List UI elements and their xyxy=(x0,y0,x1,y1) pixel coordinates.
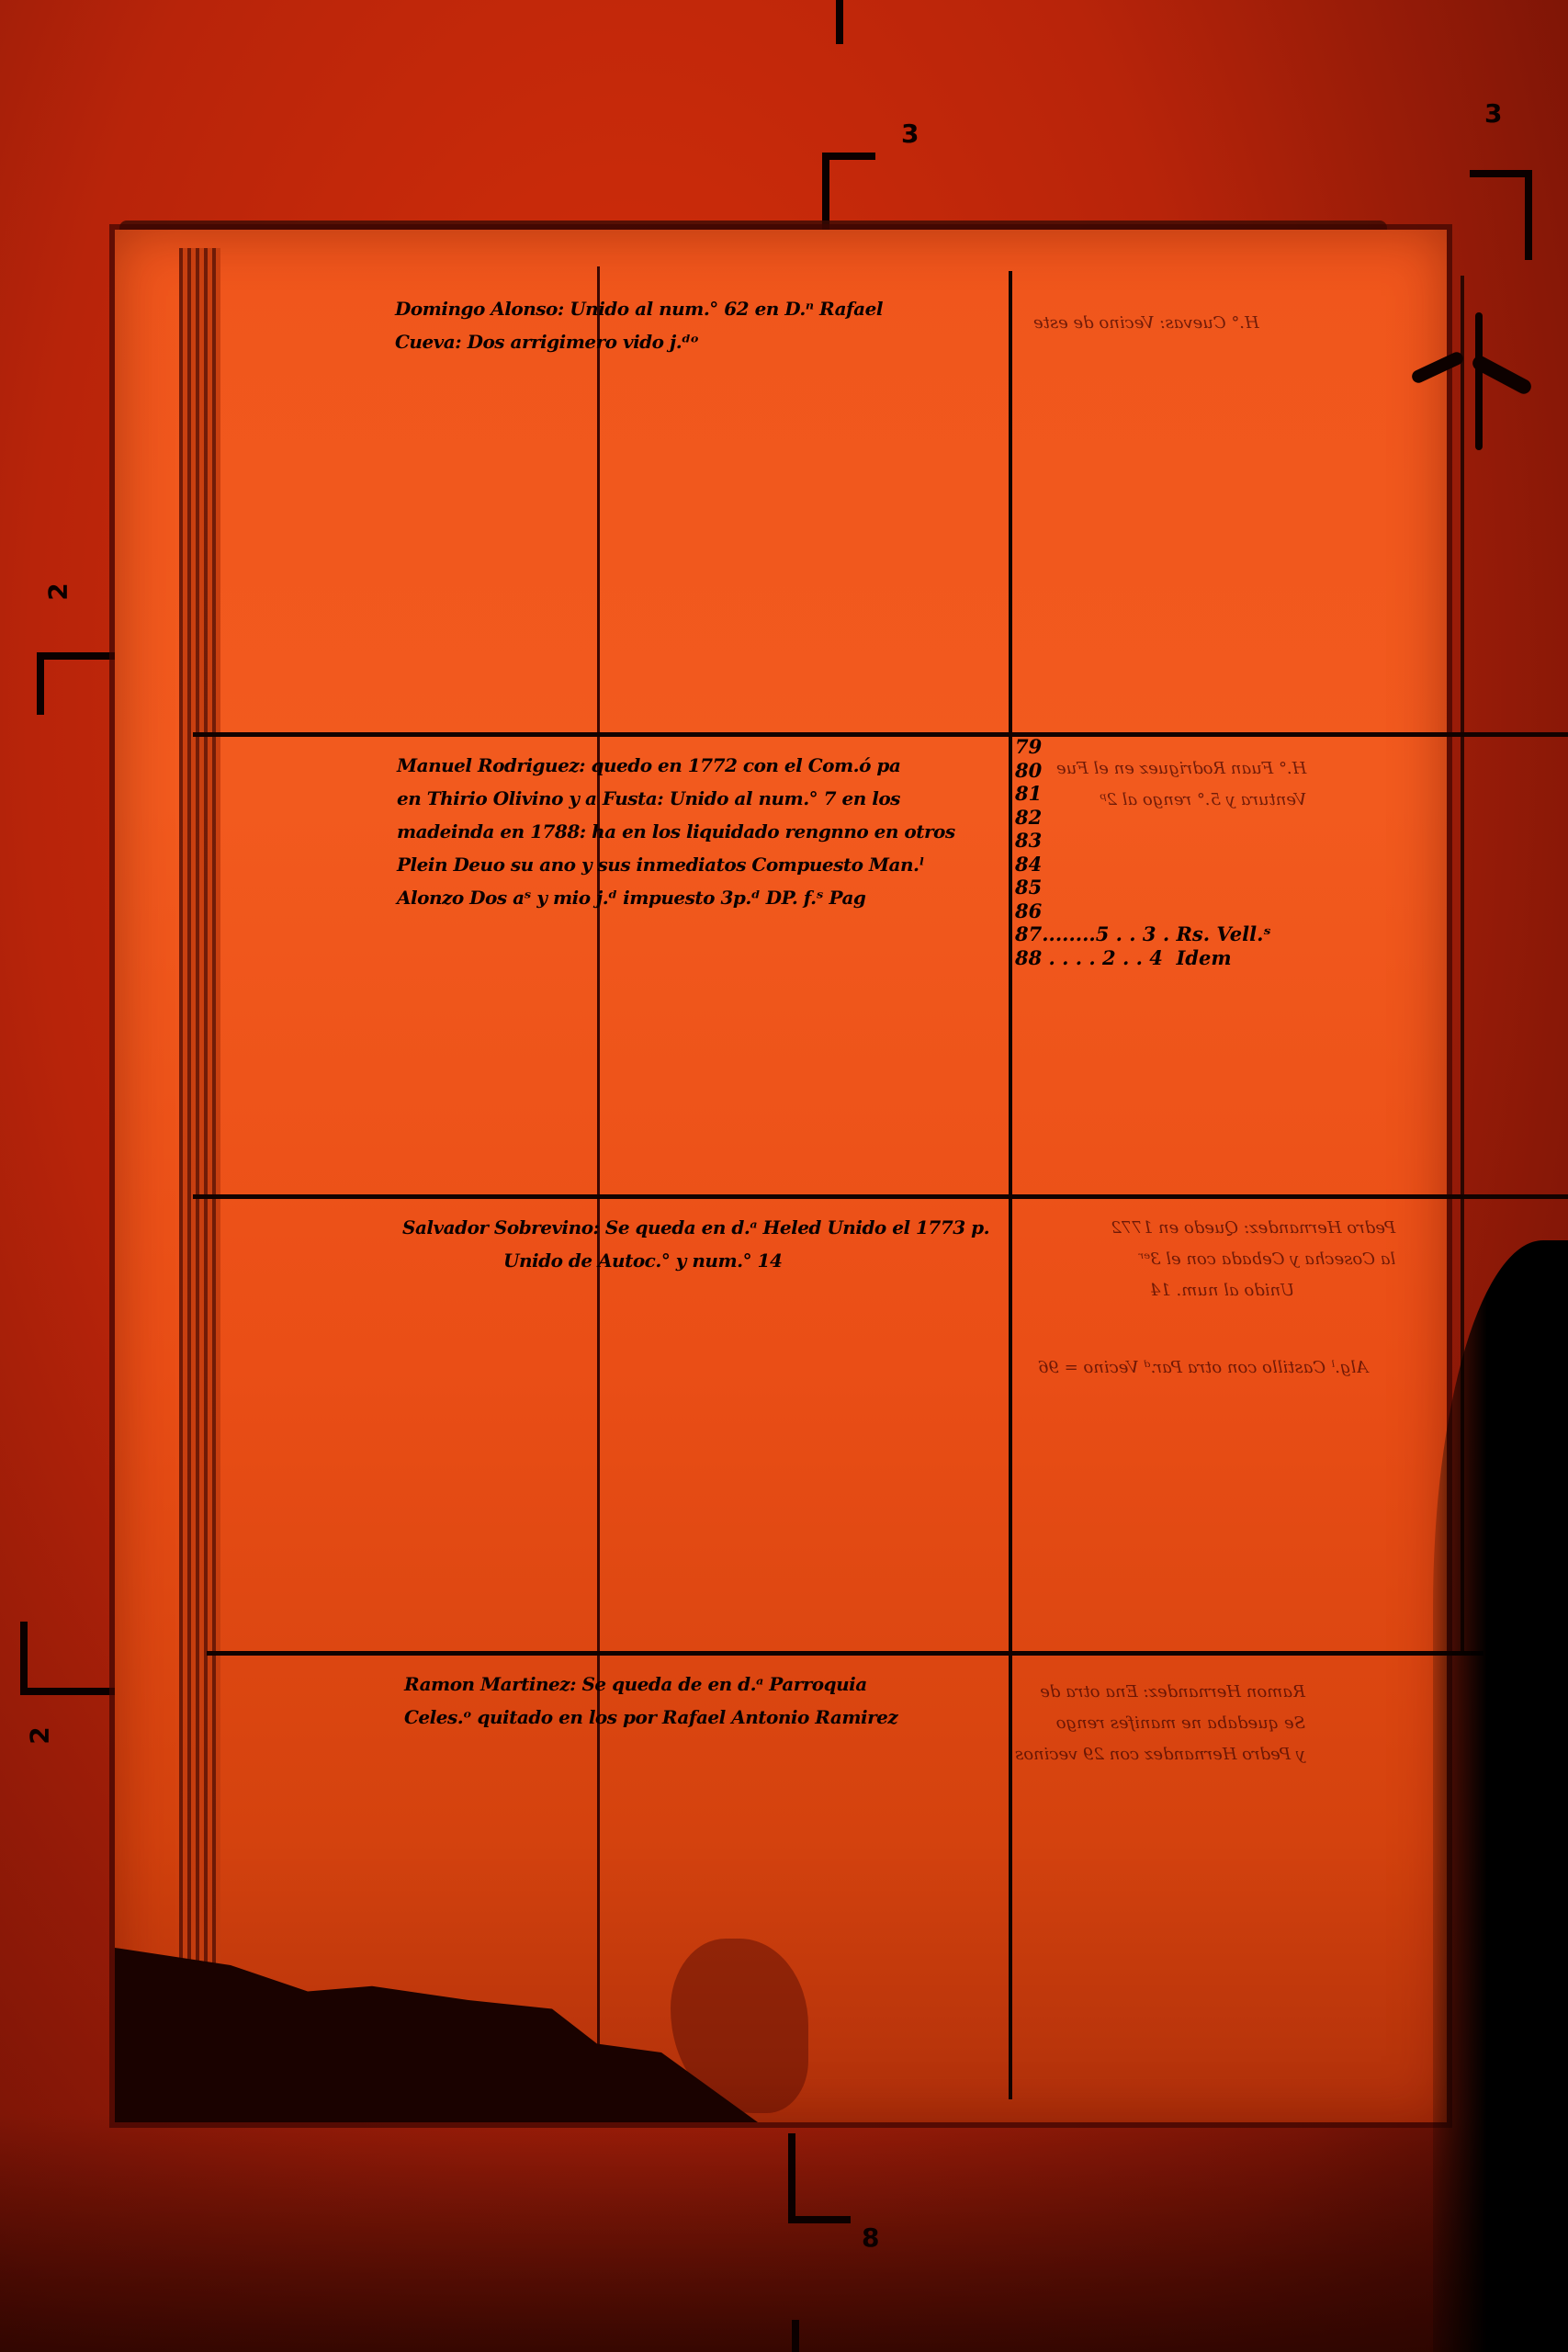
ledger-note: Rs. Vell.ˢ xyxy=(1176,922,1270,945)
bleed-line: Pedro Hernandez: Quedo en 1772 xyxy=(1038,1213,1395,1244)
marker-number: 2 xyxy=(46,582,72,600)
entry-line: Manuel Rodriguez: quedo en 1772 con el C… xyxy=(397,749,955,782)
bleed-line: Unido al num. 14 xyxy=(1038,1275,1395,1306)
ledger-col1: 5 xyxy=(1096,922,1110,945)
column-rule-middle xyxy=(1009,271,1012,2099)
bracket-icon xyxy=(788,2133,851,2223)
entry-line: madeinda en 1788: ha en los liquidado re… xyxy=(397,815,955,848)
row-rule-3 xyxy=(207,1651,1483,1656)
bracket-icon xyxy=(20,1622,116,1695)
bleed-line: la Cosecha y Cebada con el 3ᵉʳ xyxy=(1038,1244,1395,1275)
page-binding-edge xyxy=(179,248,220,2040)
entry-line: Salvador Sobrevino: Se queda en d.ᵃ Hele… xyxy=(402,1211,989,1244)
marker-number: 8 xyxy=(862,2225,879,2251)
ledger-col1: 2 xyxy=(1102,946,1116,969)
top-center-tick xyxy=(836,0,843,44)
ledger-row: 87........5 . . 3 . Rs. Vell.ˢ xyxy=(1015,922,1271,946)
entry-3-text: Salvador Sobrevino: Se queda en d.ᵃ Hele… xyxy=(402,1211,989,1277)
entry-2-text: Manuel Rodriguez: quedo en 1772 con el C… xyxy=(397,749,955,914)
ledger-year: 81 xyxy=(1015,782,1271,806)
bleed-line: Ramon Hernandez: Ena otra de xyxy=(1015,1677,1305,1708)
ledger-year: 82 xyxy=(1015,806,1271,830)
bottom-center-tick xyxy=(792,2320,799,2352)
ledger-year: 83 xyxy=(1015,829,1271,853)
entry-2-year-ledger: 79 80 81 82 83 84 85 86 87........5 . . … xyxy=(1015,735,1271,969)
column-rule-left xyxy=(597,266,600,2067)
entry-line: Unido de Autoc.° y num.° 14 xyxy=(402,1244,989,1277)
marker-number: 2 xyxy=(28,1726,53,1744)
entry-1-text: Domingo Alonso: Unido al num.° 62 en D.ⁿ… xyxy=(395,292,883,358)
ledger-year: 80 xyxy=(1015,759,1271,783)
ledger-year: 85 xyxy=(1015,876,1271,899)
bracket-icon xyxy=(1470,170,1532,260)
ledger-year: 87 xyxy=(1015,922,1042,945)
entry-line: Domingo Alonso: Unido al num.° 62 en D.ⁿ… xyxy=(395,292,883,325)
ledger-note: Idem xyxy=(1176,946,1231,969)
entry-line: en Thirio Olivino y a Fusta: Unido al nu… xyxy=(397,782,955,815)
dark-background-bottom xyxy=(0,2113,1568,2352)
marker-number: 3 xyxy=(901,121,919,147)
entry-line: Plein Deuo su ano y sus inmediatos Compu… xyxy=(397,848,955,881)
bleed-line: Se quedaba ne manifes rengo xyxy=(1015,1708,1305,1739)
bleed-line: Alg.ˡ Castillo con otra Par.ᵈ Vecino = 9… xyxy=(1038,1352,1395,1384)
entry-line: Alonzo Dos aˢ y mio j.ᵈ impuesto 3p.ᵈ DP… xyxy=(397,881,955,914)
entry-4-bleed-through: Ramon Hernandez: Ena otra de Se quedaba … xyxy=(1015,1677,1305,1770)
ledger-year: 86 xyxy=(1015,899,1271,923)
ledger-year: 84 xyxy=(1015,853,1271,876)
entry-1-bleed-through: H.° Cuevas: Vecino de este xyxy=(1033,308,1259,339)
manuscript-page xyxy=(115,230,1447,2122)
bleed-line: y Pedro Hernandez con 29 vecinos xyxy=(1015,1739,1305,1770)
ledger-row: 88 . . . . 2 . . 4 Idem xyxy=(1015,946,1271,970)
row-rule-1 xyxy=(193,732,1568,737)
entry-3-bleed-through: Pedro Hernandez: Quedo en 1772 la Cosech… xyxy=(1038,1213,1395,1384)
bleed-line: H.° Cuevas: Vecino de este xyxy=(1033,308,1259,339)
binding-thread-icon xyxy=(1475,312,1483,450)
entry-line: Cueva: Dos arrigimero vido j.ᵈᵒ xyxy=(395,325,883,358)
ledger-year: 88 xyxy=(1015,946,1042,969)
ledger-year: 79 xyxy=(1015,735,1271,759)
marker-number: 3 xyxy=(1484,101,1502,127)
ledger-col2: 4 xyxy=(1149,946,1163,969)
ledger-col2: 3 xyxy=(1143,922,1156,945)
bracket-icon xyxy=(37,652,123,715)
entry-line: Celes.ᵒ quitado en los por Rafael Antoni… xyxy=(404,1701,897,1734)
entry-4-text: Ramon Martinez: Se queda de en d.ᵃ Parro… xyxy=(404,1668,897,1734)
hand-shadow xyxy=(1433,1240,1568,2352)
row-rule-2 xyxy=(193,1194,1568,1199)
entry-line: Ramon Martinez: Se queda de en d.ᵃ Parro… xyxy=(404,1668,897,1701)
